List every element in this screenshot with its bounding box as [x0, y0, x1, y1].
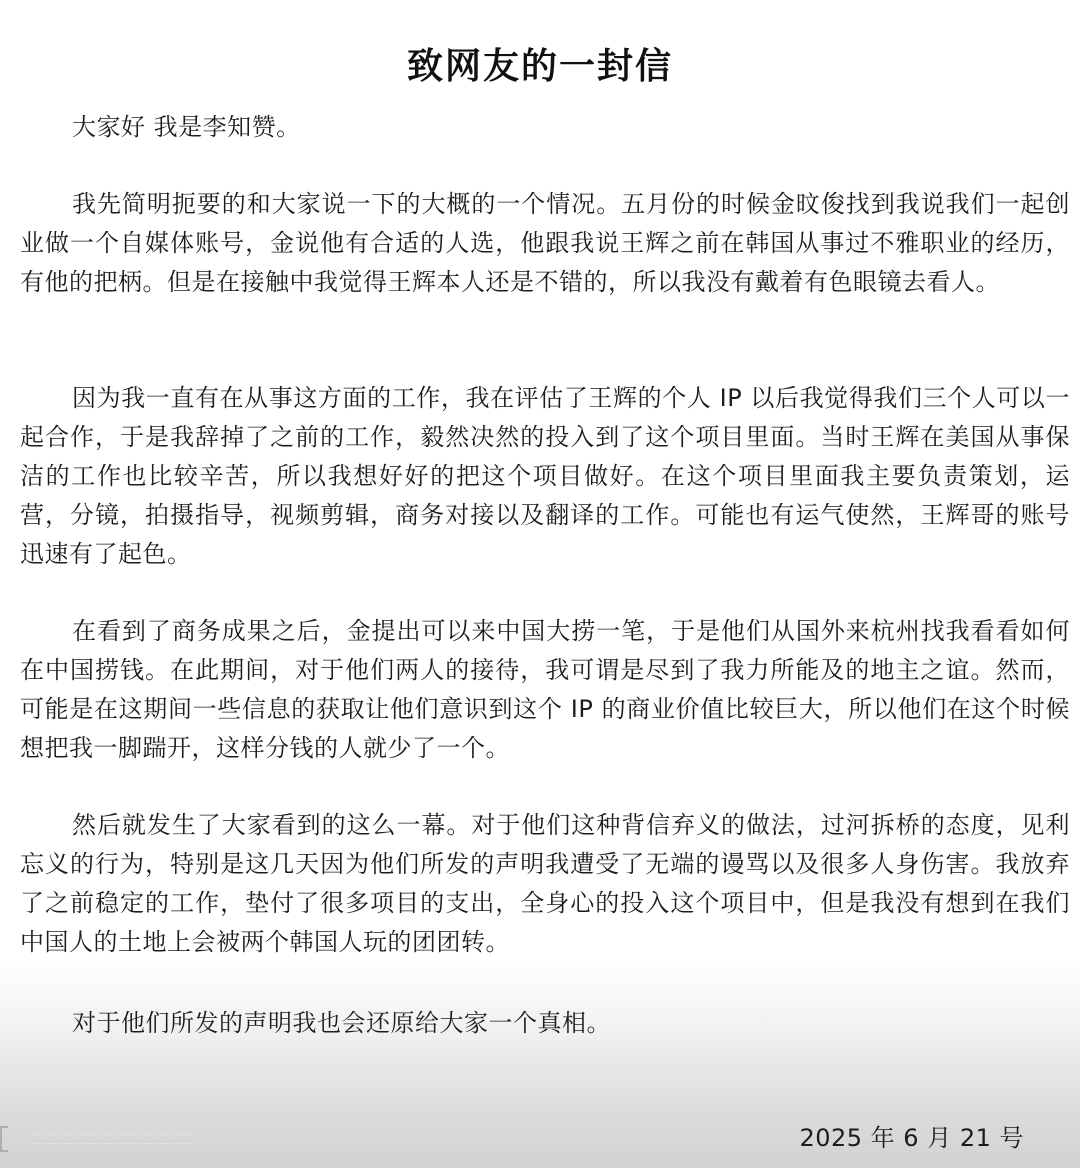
watermark	[0, 1124, 200, 1152]
paragraph-1: 我先简明扼要的和大家说一下的大概的一个情况。五月份的时候金旼俊找到我说我们一起创…	[20, 185, 1070, 302]
letter-date: 2025 年 6 月 21 号	[799, 1120, 1024, 1156]
paragraph-4: 然后就发生了大家看到的这么一幕。对于他们这种背信弃义的做法，过河拆桥的态度，见利…	[20, 806, 1070, 962]
letter-page: 致网友的一封信 大家好 我是李知赞。 我先简明扼要的和大家说一下的大概的一个情况…	[0, 0, 1080, 1168]
watermark-glyph-icon	[0, 1126, 8, 1152]
watermark-text-bar	[28, 1134, 193, 1144]
paragraph-2: 因为我一直有在从事这方面的工作，我在评估了王辉的个人 IP 以后我觉得我们三个人…	[20, 379, 1070, 574]
letter-title: 致网友的一封信	[0, 40, 1080, 92]
paragraph-5: 对于他们所发的声明我也会还原给大家一个真相。	[20, 1004, 1070, 1043]
greeting-line: 大家好 我是李知赞。	[20, 108, 1070, 147]
paragraph-3: 在看到了商务成果之后，金提出可以来中国大捞一笔，于是他们从国外来杭州找我看看如何…	[20, 612, 1070, 768]
